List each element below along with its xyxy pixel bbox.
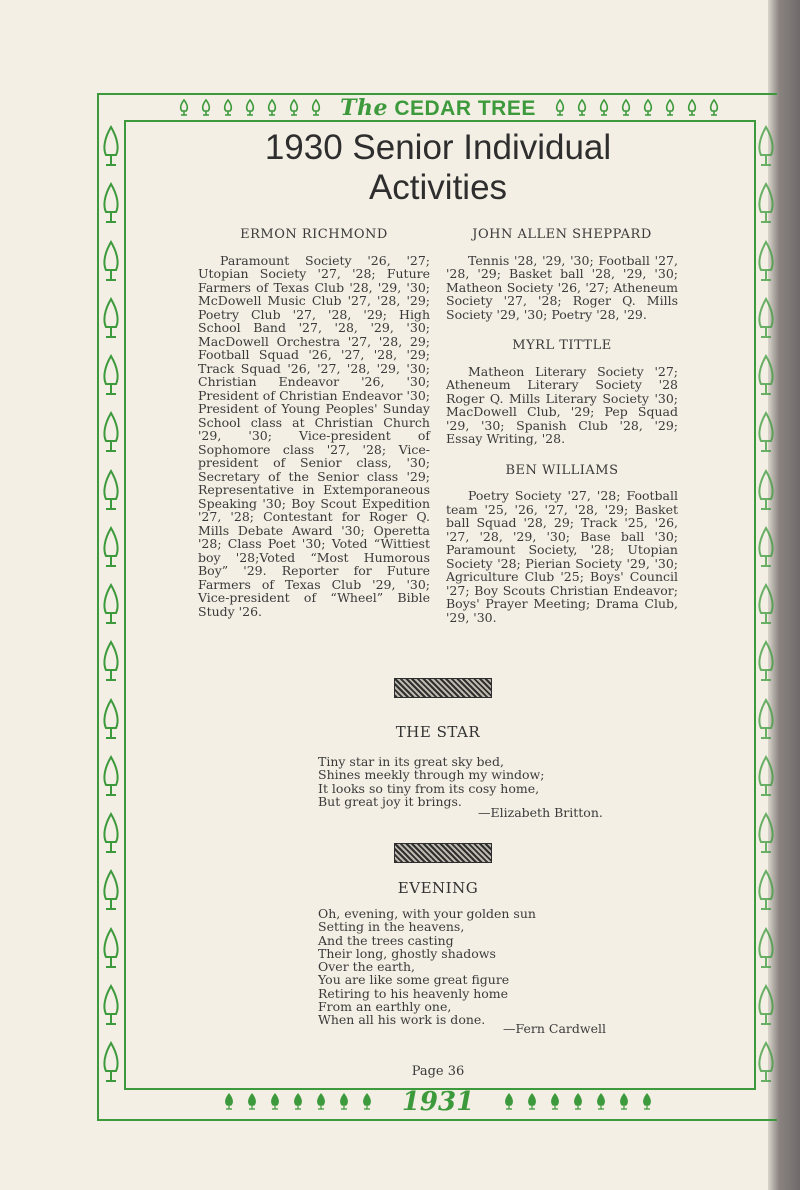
senior-activities: Paramount Society '26, '27; Utopian Soci…	[198, 254, 430, 619]
yearbook-year: 1931	[402, 1087, 474, 1117]
cedar-tree-icon	[222, 99, 234, 117]
cedar-tree-icon	[101, 640, 121, 684]
left-column: ERMON RICHMOND Paramount Society '26, '2…	[198, 228, 430, 636]
cedar-tree-icon	[756, 182, 776, 226]
cedar-tree-icon	[756, 240, 776, 284]
cedar-tree-icon	[756, 812, 776, 856]
cedar-tree-icon	[101, 411, 121, 455]
right-column: JOHN ALLEN SHEPPARD Tennis '28, '29, '30…	[446, 228, 678, 642]
cedar-tree-icon	[641, 1093, 653, 1111]
cedar-tree-icon	[756, 297, 776, 341]
page-number: Page 36	[124, 1064, 752, 1079]
cedar-tree-icon	[266, 99, 278, 117]
cedar-tree-icon	[756, 354, 776, 398]
senior-name: ERMON RICHMOND	[198, 228, 430, 242]
senior-activities: Poetry Society '27, '28; Football team '…	[446, 489, 678, 624]
page-title: 1930 Senior Individual Activities	[124, 128, 752, 208]
cedar-tree-icon	[526, 1093, 538, 1111]
cedar-tree-icon	[101, 297, 121, 341]
publication-brand: The CEDAR TREE	[340, 95, 536, 121]
cedar-tree-icon	[269, 1093, 281, 1111]
senior-entry: JOHN ALLEN SHEPPARD Tennis '28, '29, '30…	[446, 228, 678, 321]
cedar-tree-icon	[223, 1093, 235, 1111]
cedar-tree-icon	[315, 1093, 327, 1111]
cedar-tree-icon	[664, 99, 676, 117]
cedar-tree-icon	[598, 99, 610, 117]
cedar-tree-icon	[708, 99, 720, 117]
cedar-tree-icon	[618, 1093, 630, 1111]
poem-title: THE STAR	[124, 723, 752, 741]
brand-name: CEDAR TREE	[394, 97, 536, 120]
poem-author: —Elizabeth Britton.	[478, 805, 603, 820]
footer-band: 1931	[124, 1088, 752, 1116]
brand-prefix: The	[340, 95, 388, 121]
cedar-tree-icon	[292, 1093, 304, 1111]
cedar-tree-icon	[756, 583, 776, 627]
cedar-tree-icon	[620, 99, 632, 117]
left-tree-border	[99, 125, 123, 1085]
cedar-tree-icon	[101, 869, 121, 913]
cedar-tree-icon	[101, 698, 121, 742]
cedar-tree-icon	[549, 1093, 561, 1111]
cedar-tree-icon	[288, 99, 300, 117]
page-title-line-2: Activities	[124, 168, 752, 208]
cedar-tree-icon	[101, 984, 121, 1028]
senior-activities: Tennis '28, '29, '30; Football '27, '28,…	[446, 254, 678, 322]
senior-entry: ERMON RICHMOND Paramount Society '26, '2…	[198, 228, 430, 618]
cedar-tree-icon	[756, 469, 776, 513]
cedar-tree-icon	[756, 755, 776, 799]
poem-author: —Fern Cardwell	[503, 1021, 606, 1036]
cedar-tree-icon	[756, 411, 776, 455]
cedar-tree-icon	[686, 99, 698, 117]
cedar-tree-icon	[642, 99, 654, 117]
cedar-tree-icon	[576, 99, 588, 117]
page-title-line-1: 1930 Senior Individual	[124, 128, 752, 168]
cedar-tree-icon	[756, 698, 776, 742]
cedar-tree-icon	[101, 182, 121, 226]
cedar-tree-icon	[554, 99, 566, 117]
cedar-tree-icon	[101, 469, 121, 513]
cedar-tree-icon	[101, 755, 121, 799]
cedar-tree-icon	[756, 125, 776, 169]
cedar-tree-icon	[756, 984, 776, 1028]
cedar-tree-icon	[101, 1041, 121, 1085]
cedar-tree-icon	[310, 99, 322, 117]
right-tree-border	[754, 125, 778, 1085]
senior-activities: Matheon Literary Society '27; Atheneum L…	[446, 365, 678, 446]
cedar-tree-icon	[101, 240, 121, 284]
poem-body: Tiny star in its great sky bed, Shines m…	[318, 755, 544, 808]
poem-title: EVENING	[124, 879, 752, 897]
cedar-tree-icon	[595, 1093, 607, 1111]
ornament-divider	[394, 678, 492, 698]
cedar-tree-icon	[361, 1093, 373, 1111]
cedar-tree-icon	[101, 125, 121, 169]
cedar-tree-icon	[200, 99, 212, 117]
senior-name: MYRL TITTLE	[446, 339, 678, 353]
cedar-tree-icon	[246, 1093, 258, 1111]
cedar-tree-icon	[756, 526, 776, 570]
cedar-tree-icon	[503, 1093, 515, 1111]
cedar-tree-icon	[101, 583, 121, 627]
cedar-tree-icon	[338, 1093, 350, 1111]
ornament-divider	[394, 843, 492, 863]
cedar-tree-icon	[101, 354, 121, 398]
cedar-tree-icon	[101, 526, 121, 570]
cedar-tree-icon	[756, 640, 776, 684]
cedar-tree-icon	[756, 869, 776, 913]
senior-entry: MYRL TITTLE Matheon Literary Society '27…	[446, 339, 678, 446]
cedar-tree-icon	[244, 99, 256, 117]
senior-name: BEN WILLIAMS	[446, 464, 678, 478]
senior-entry: BEN WILLIAMS Poetry Society '27, '28; Fo…	[446, 464, 678, 625]
senior-name: JOHN ALLEN SHEPPARD	[446, 228, 678, 242]
cedar-tree-icon	[756, 927, 776, 971]
header-band: The CEDAR TREE	[124, 95, 774, 121]
poem-body: Oh, evening, with your golden sun Settin…	[318, 907, 536, 1027]
cedar-tree-icon	[178, 99, 190, 117]
cedar-tree-icon	[101, 927, 121, 971]
cedar-tree-icon	[572, 1093, 584, 1111]
cedar-tree-icon	[101, 812, 121, 856]
cedar-tree-icon	[756, 1041, 776, 1085]
